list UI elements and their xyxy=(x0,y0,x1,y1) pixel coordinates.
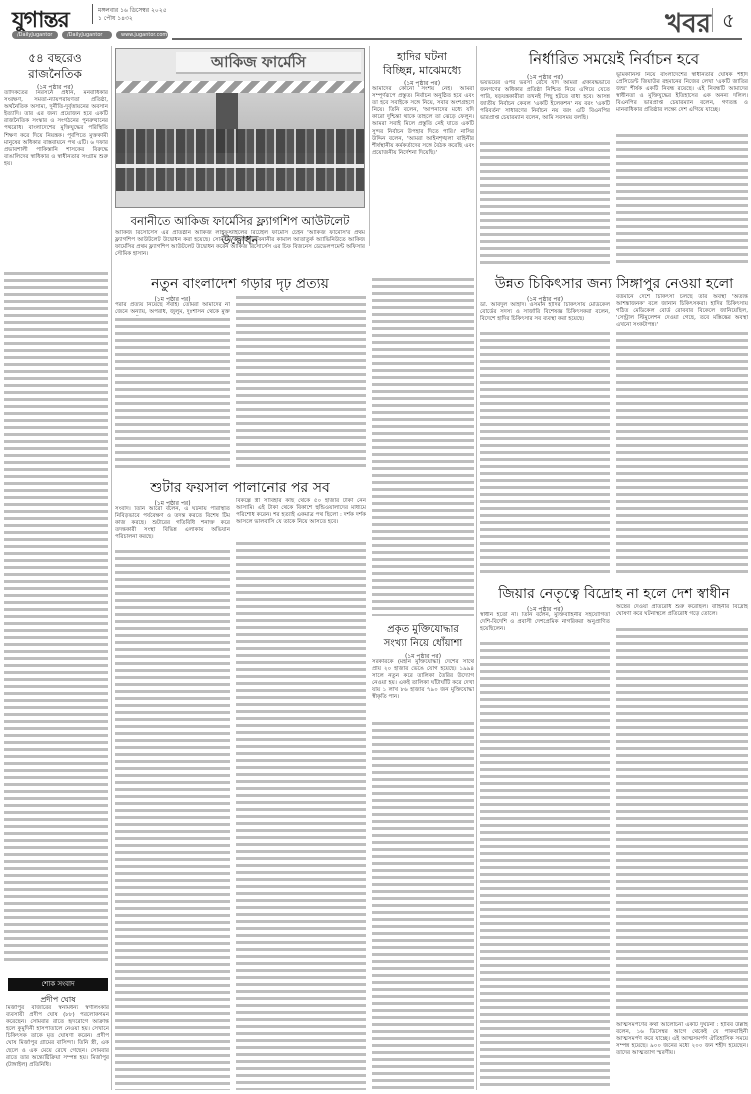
ziaur-body-col1: স্বাধীন হতো না। তিনি বলেন, মুক্তিবাহিনীর… xyxy=(480,612,610,640)
twitter-handle: /DailyJugantor xyxy=(17,32,52,38)
shutar-body-col2: বিকল্পে স্ত্রী সাবিহার কাছ থেকে ৫০ হাজার… xyxy=(236,498,366,540)
headline-notun-bangladesh: নতুন বাংলাদেশ গড়ার দৃঢ় প্রত্যয় xyxy=(115,272,365,296)
singapore-body-col2-cont xyxy=(616,332,748,574)
column-rule xyxy=(476,46,477,1090)
website-link[interactable]: www.jugantor.com xyxy=(116,31,168,39)
nirbachon-body-col1: ভয়ভয়ের ওপর ভরসা রেখে যদি আমরা ঐক্যবদ্ধ… xyxy=(480,80,610,140)
headline-shutar: শুটার ফয়সাল পালানোর পর সব xyxy=(115,476,365,500)
ziaur-body-col2: অস্ত্রের দেওয়া প্রতিরোধ শুরু করেছিল। বা… xyxy=(616,604,748,626)
muktijoddha-body: সরকারকে (মহান মুক্তিযোদ্ধা) দেশের সাথে প… xyxy=(372,659,474,719)
hadi-article-body: আমাদের কোনো সংশয় নেই। আমরা সম্পূর্ণরূপে… xyxy=(372,86,474,276)
shutar-body-col1: সংবাদ। তিনি আরো বলেন, এ ঘটনায় পরিস্থিতি… xyxy=(115,506,230,548)
shutar-body-col1-cont xyxy=(115,550,230,1090)
pharmacy-photo: আকিজ ফার্মেসি xyxy=(115,48,365,208)
date-bengali: ১ পৌষ ১৪৩২ xyxy=(98,13,133,24)
inauguration-ribbon xyxy=(116,164,364,168)
ziaur-body-col2-cont xyxy=(616,628,748,1020)
ziaur-body-col1-cont xyxy=(480,642,610,1090)
header-rule xyxy=(172,38,742,40)
nirbachon-body-col1-cont xyxy=(480,142,610,264)
obituary-section-label: শোক সংবাদ xyxy=(8,978,108,991)
headline-ziaur: জিয়ার নেতৃত্বে বিদ্রোহ না হলে দেশ স্বাধ… xyxy=(480,582,748,606)
website-url: www.jugantor.com xyxy=(121,32,167,38)
shutar-body-col2-cont xyxy=(236,542,366,1090)
masthead: যুগান্তর মঙ্গলবার ১৬ ডিসেম্বর ২০২৫ ১ পৌষ… xyxy=(0,0,751,42)
section-title: খবর xyxy=(665,3,711,47)
awning xyxy=(116,81,364,93)
section-divider xyxy=(712,8,713,32)
article-body-rajnoitik: তাদিকতের নিরসনে প্রধান, মনবাধিকার সংরক্ষ… xyxy=(4,90,108,270)
obituary-body: মির্জাপুর বাজারের স্বনামধন্য স্বর্ণালংকা… xyxy=(6,1005,109,1090)
singapore-body-col2: বর্তমানে দেশে চিকিৎসা চলছে তার অবস্থা 'অ… xyxy=(616,294,748,330)
hadi-article-body-cont xyxy=(372,278,474,616)
column-rule xyxy=(111,46,112,1090)
column-rule xyxy=(369,46,370,246)
ziaur-closing-paragraph: আত্মসমর্পণের কথা আলোচনা একটি দুর্ঘটনা : … xyxy=(616,1022,748,1090)
article-body-continued xyxy=(4,272,108,962)
notun-bangladesh-body-col2 xyxy=(236,296,366,468)
nirbachon-body-col2-cont xyxy=(616,134,748,264)
muktijoddha-body-cont xyxy=(372,722,474,1090)
facebook-handle: /DailyJugantor xyxy=(67,32,102,38)
singapore-body-col1: ডা. আবদুল আহাদ। ওসমান হাদির চিকিৎসায় মে… xyxy=(480,302,610,330)
notun-bangladesh-body-cont xyxy=(115,318,230,468)
twitter-link[interactable]: /DailyJugantor xyxy=(12,31,58,39)
singapore-body-col1-cont xyxy=(480,332,610,574)
notun-bangladesh-body: পরার প্রত্যয় নিয়েছে সবাই। তোমরা আমাদের… xyxy=(115,302,230,316)
storefront-sign-text: আকিজ ফার্মেসি xyxy=(211,51,306,76)
page-number: ৫ xyxy=(722,6,735,39)
facebook-link[interactable]: /DailyJugantor xyxy=(62,31,112,39)
pavement xyxy=(116,191,364,208)
logo-divider xyxy=(92,4,93,24)
headline-nirbachon: নির্ধারিত সময়েই নির্বাচন হবে xyxy=(480,48,748,73)
headline-singapore: উন্নত চিকিৎসার জন্য সিঙ্গাপুর নেওয়া হলো xyxy=(480,272,748,296)
nirbachon-body-col2: ভূমিকানিস্ট নিয়ে বাংলাদেশের স্বাধীনতার … xyxy=(616,72,748,132)
pharmacy-article-body: আকিজ রিসোর্সেস এর প্রতিষ্ঠান আকিজ লাইফস্… xyxy=(115,230,365,266)
